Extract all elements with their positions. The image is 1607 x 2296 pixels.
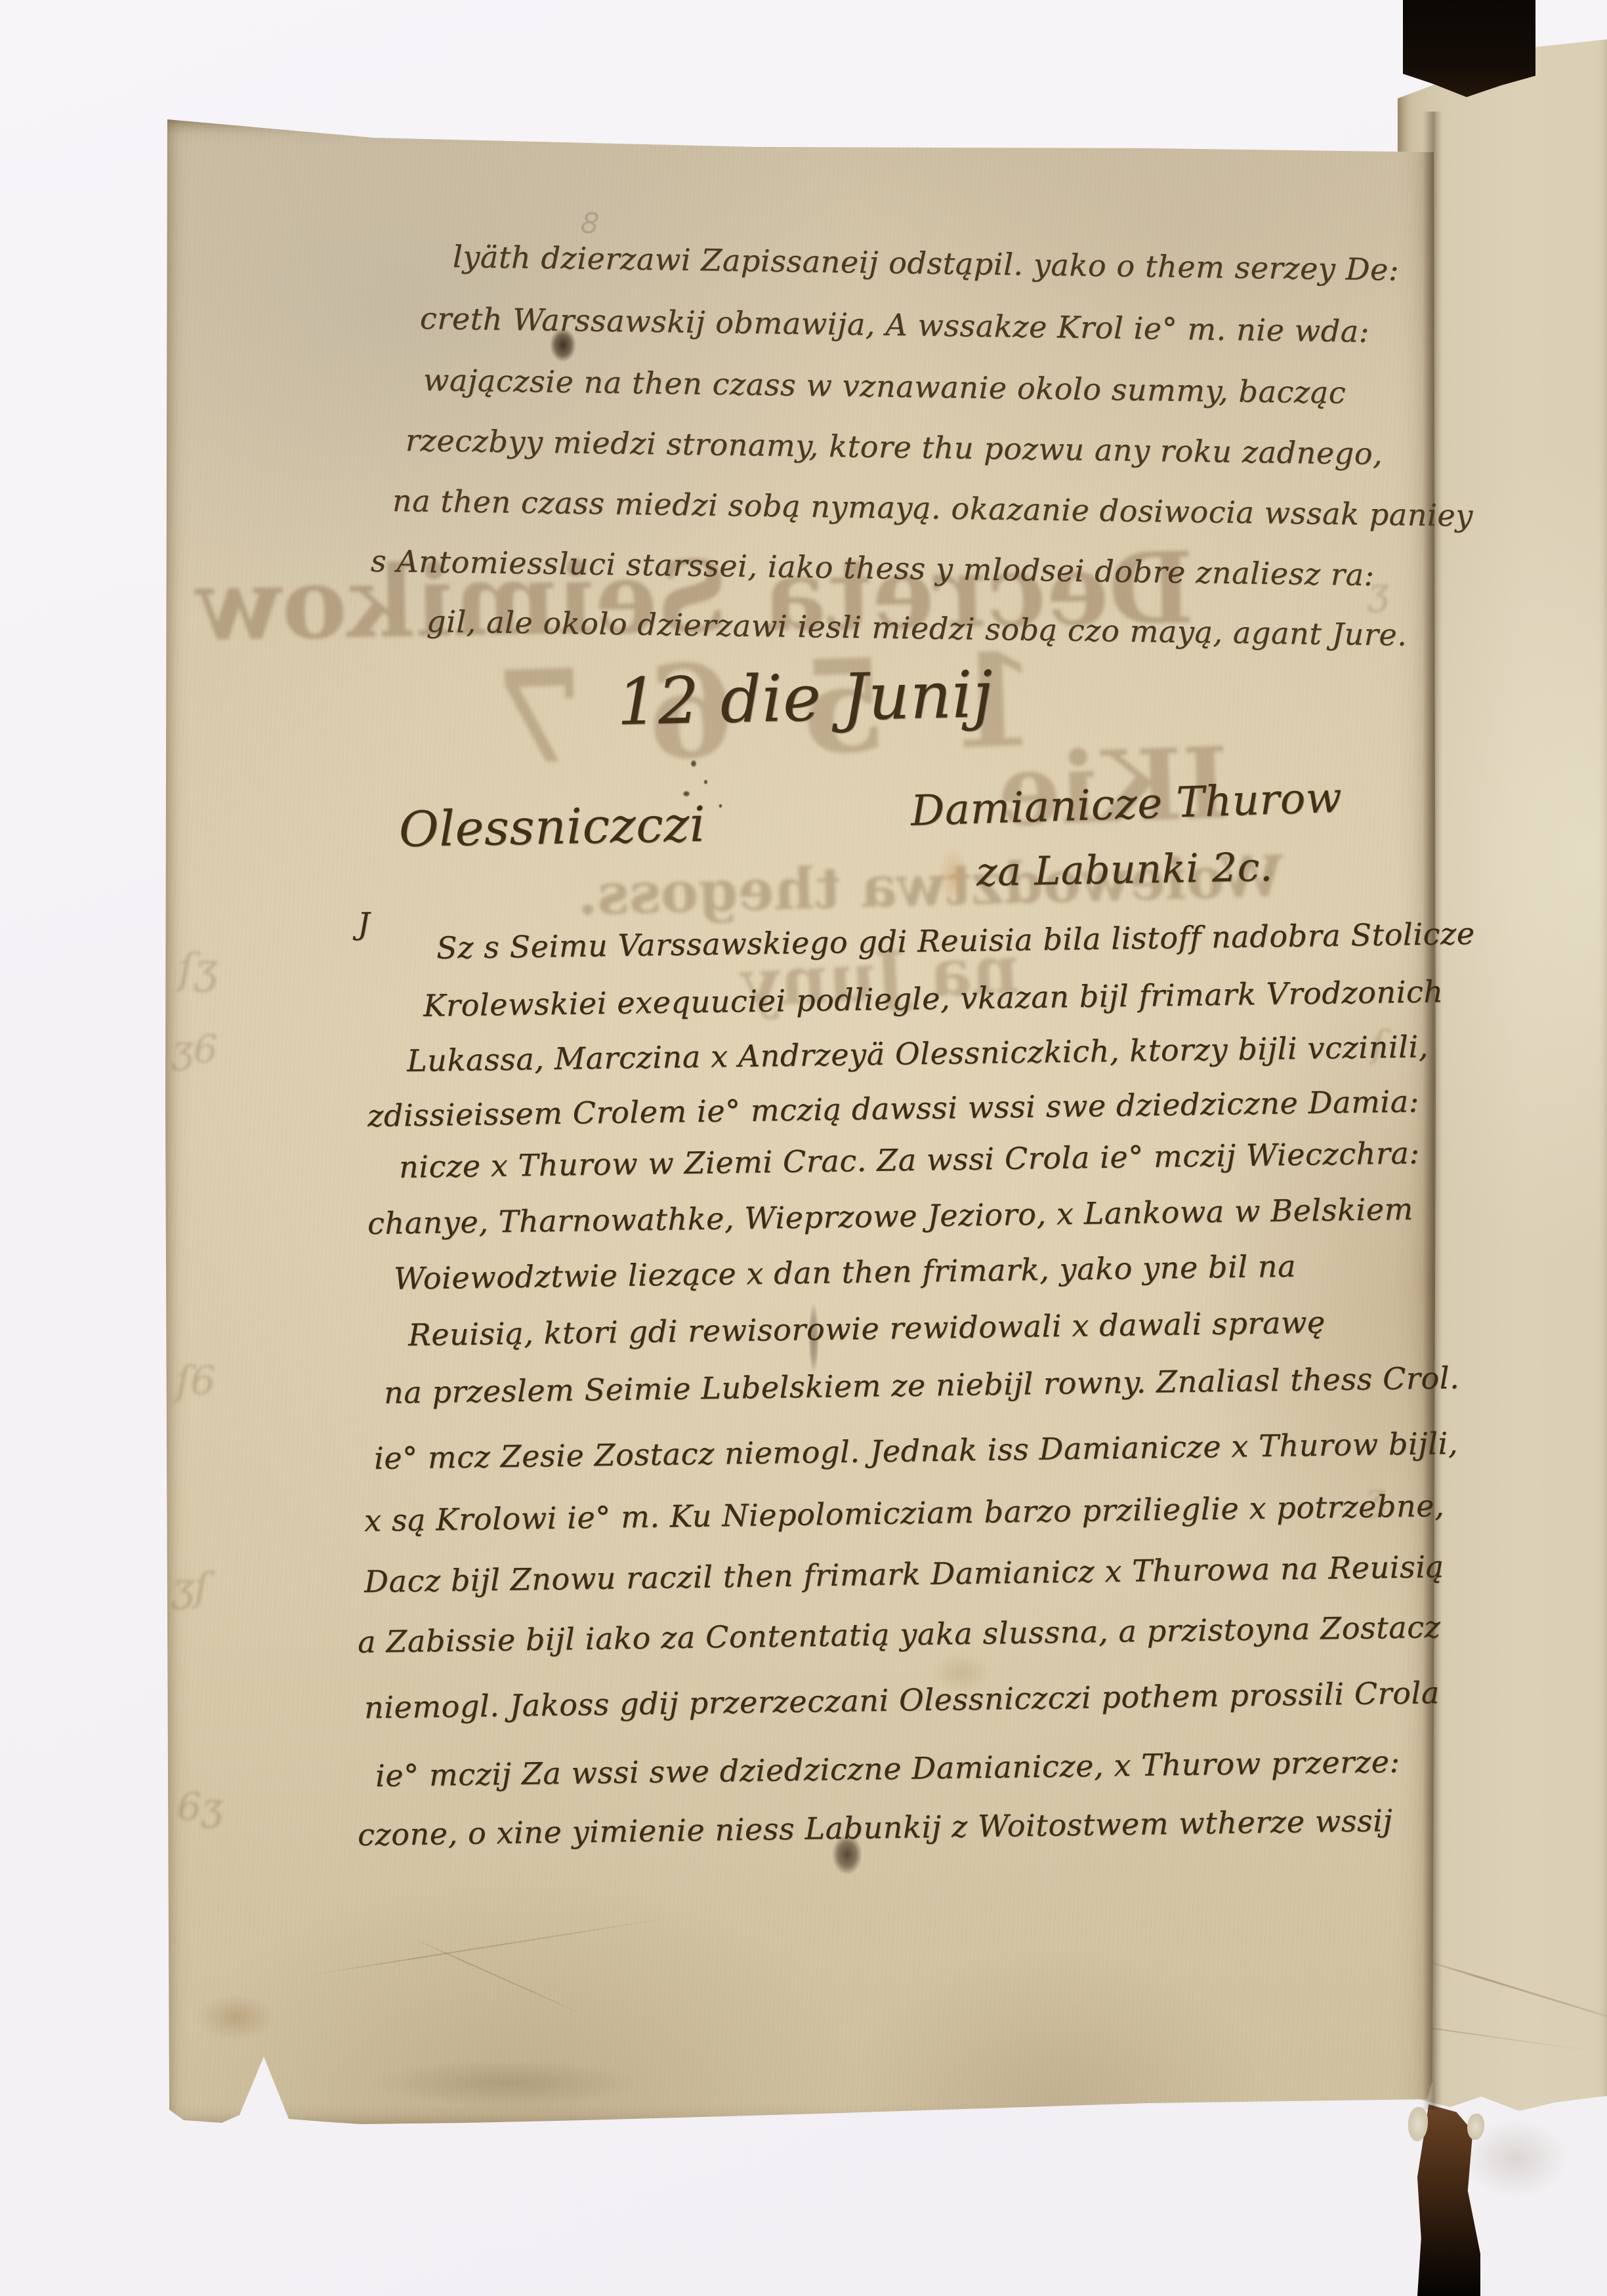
- showthrough-mark: ʒ6: [172, 1027, 218, 1071]
- stain: [932, 1653, 991, 1692]
- stain: [1463, 2119, 1568, 2198]
- ink-smear: [808, 1302, 819, 1374]
- showthrough-mark: ʒſ: [172, 1565, 209, 1610]
- showthrough-mark: ſʒ: [178, 945, 218, 993]
- page-fold-shadow: [1423, 112, 1442, 2110]
- showthrough-mark: ſ6: [176, 1358, 215, 1404]
- entry-right-heading: Damianicze Thurow: [910, 777, 1343, 832]
- folio-number: 8: [579, 209, 601, 239]
- smudge: [367, 2060, 643, 2106]
- date-heading: 12 die Junij: [616, 663, 993, 735]
- manuscript-photo: Decreta Seimikow 1567 IKie Woiewodztwa t…: [0, 0, 1607, 2296]
- showthrough-mark: 6ʒ: [177, 1784, 223, 1829]
- ornate-initial: J: [358, 909, 371, 939]
- stain: [197, 1994, 276, 2040]
- stain: [938, 846, 969, 905]
- entry-left-heading: Olessniczczi: [398, 800, 705, 854]
- entry-right-heading-2: za Labunki 2c.: [976, 848, 1273, 892]
